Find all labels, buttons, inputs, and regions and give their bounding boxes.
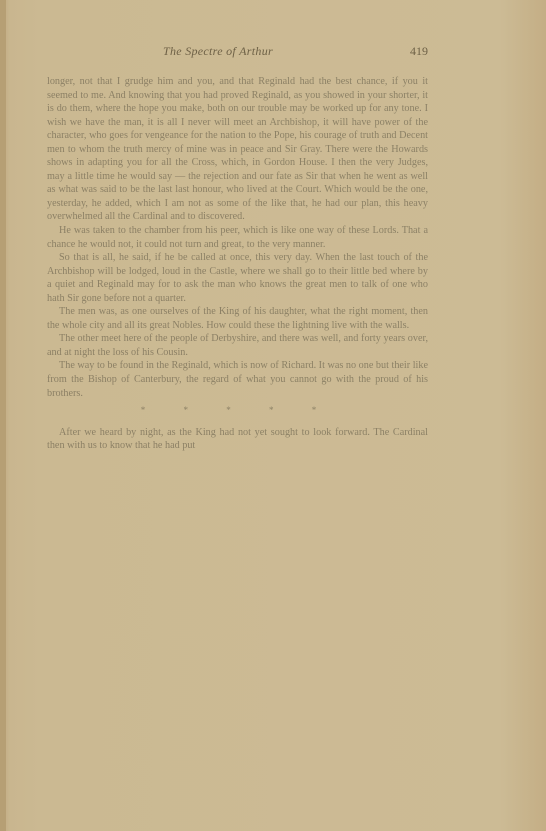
book-page: The Spectre of Arthur 419 longer, not th… (0, 0, 546, 831)
paragraph: He was taken to the chamber from his pee… (47, 224, 428, 251)
running-title: The Spectre of Arthur (163, 44, 273, 59)
paragraph: The way to be found in the Reginald, whi… (47, 359, 428, 400)
running-header: The Spectre of Arthur 419 (48, 44, 428, 60)
paragraph: So that is all, he said, if he be called… (47, 251, 428, 305)
page-number: 419 (410, 44, 428, 59)
section-separator: * * * * * (47, 404, 428, 418)
paragraph: longer, not that I grudge him and you, a… (47, 75, 428, 224)
page-binding-edge (0, 0, 6, 831)
page-body: longer, not that I grudge him and you, a… (47, 75, 428, 453)
paragraph: The other meet here of the people of Der… (47, 332, 428, 359)
closing-paragraph: After we heard by night, as the King had… (47, 426, 428, 453)
paragraph: The men was, as one ourselves of the Kin… (47, 305, 428, 332)
